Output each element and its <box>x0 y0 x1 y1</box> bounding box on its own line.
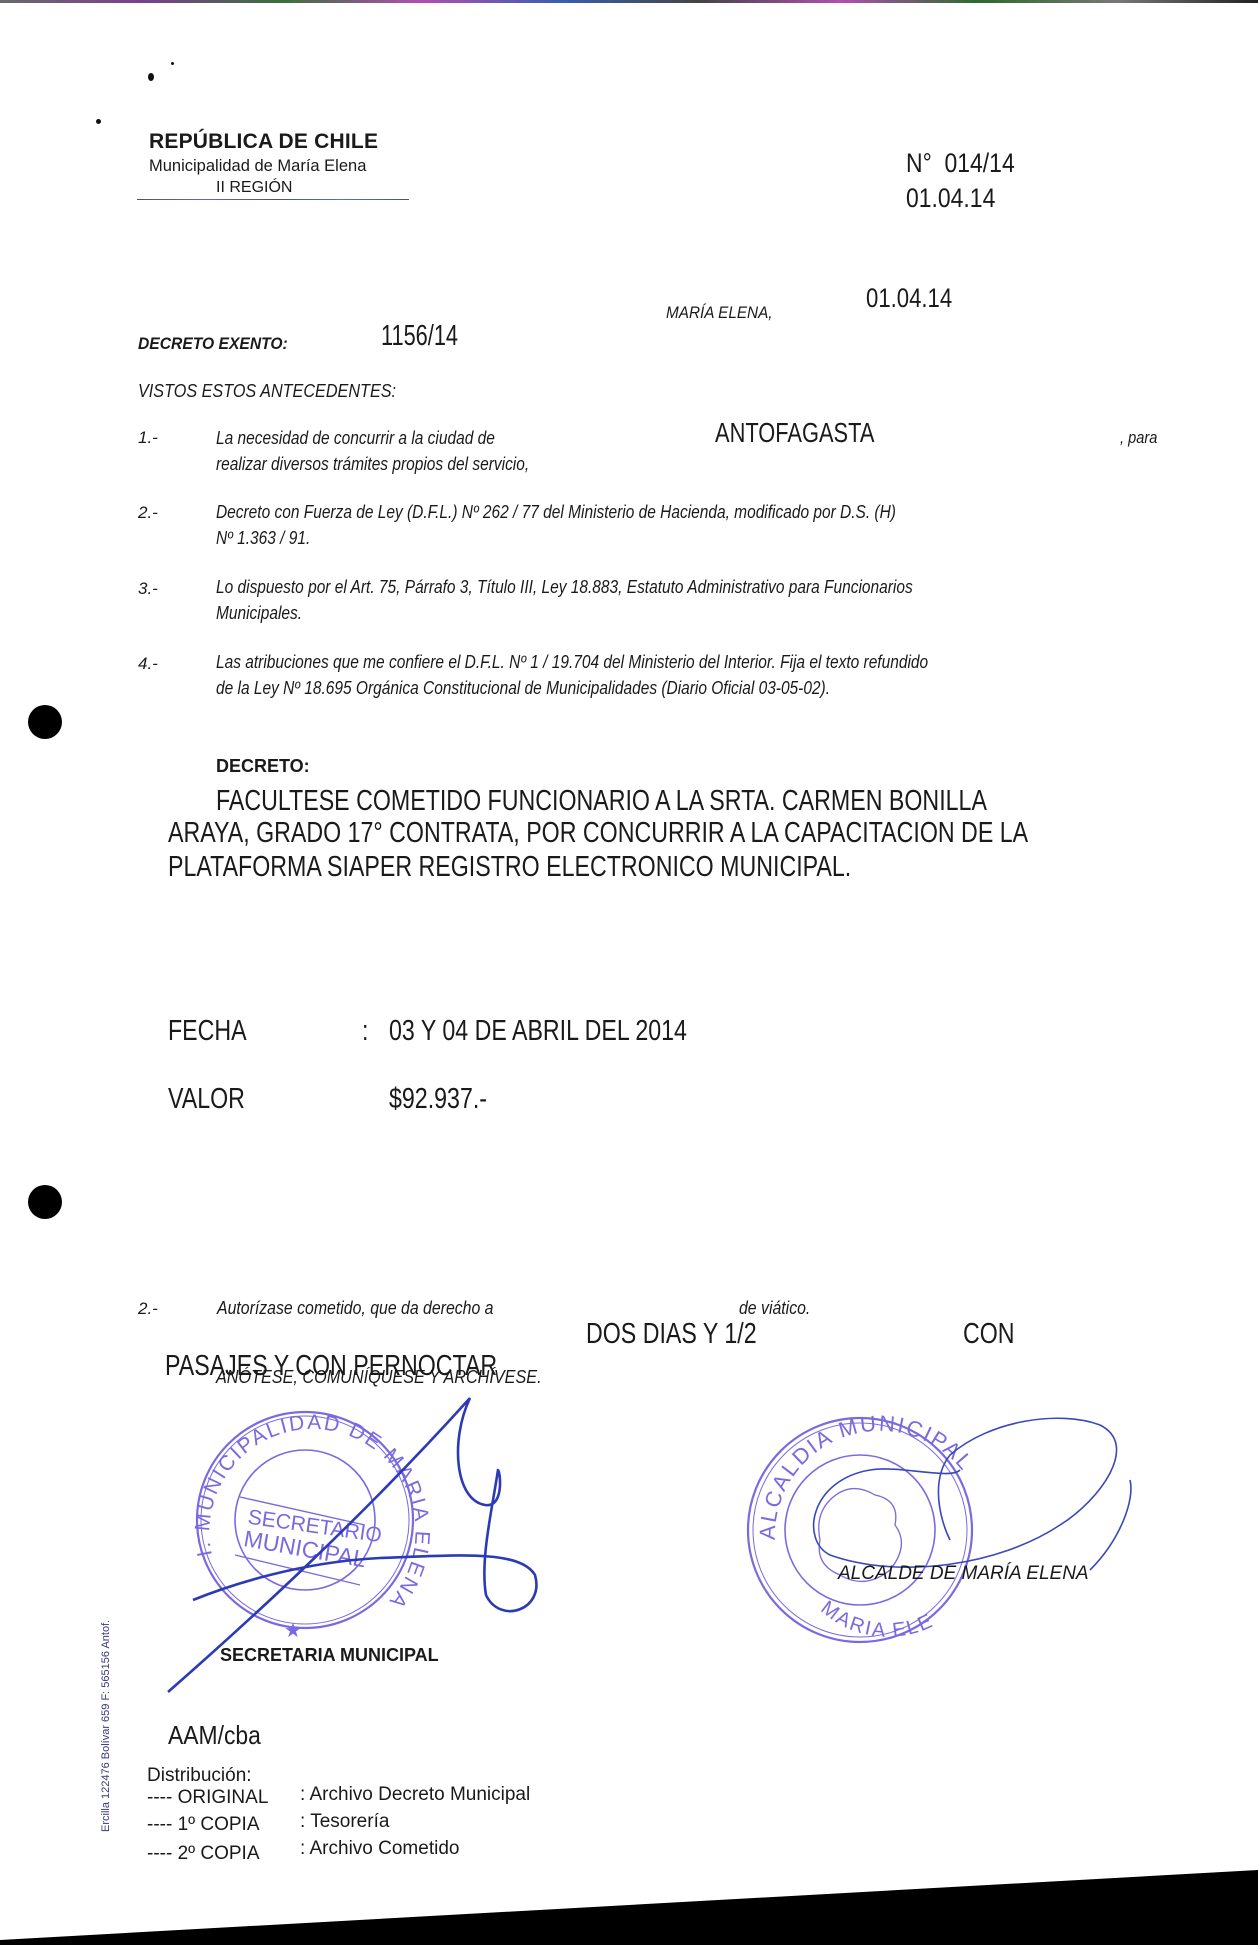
fecha-label: FECHA <box>168 1015 247 1048</box>
valor-value: $92.937.- <box>389 1083 487 1116</box>
initials: AAM/cba <box>168 1720 261 1751</box>
destination-city: ANTOFAGASTA <box>715 417 874 449</box>
distribution-heading: Distribución: <box>147 1765 252 1787</box>
item-number: 1.- <box>138 428 158 448</box>
fecha-separator: : <box>362 1015 368 1048</box>
distribution-copy: ---- 1º COPIA <box>147 1814 260 1836</box>
place: MARÍA ELENA, <box>666 303 773 323</box>
item-line: realizar diversos trámites propios del s… <box>216 454 529 475</box>
number-value: 014/14 <box>945 148 1015 178</box>
resolution-line: ARAYA, GRADO 17° CONTRATA, POR CONCURRIR… <box>168 817 1028 850</box>
item-line: Municipales. <box>216 603 302 624</box>
region-name: II REGIÓN <box>216 179 292 197</box>
punch-hole <box>28 705 62 739</box>
viatico-text: de viático. <box>739 1298 810 1319</box>
secretary-stamp <box>197 1412 413 1628</box>
document-number: N° 014/14 <box>906 148 1015 179</box>
svg-text:★: ★ <box>284 1618 302 1642</box>
resolution-heading: DECRETO: <box>216 756 310 777</box>
item-line: Nº 1.363 / 91. <box>216 528 310 549</box>
scan-shadow <box>0 1840 1258 1945</box>
punch-hole <box>28 1185 62 1219</box>
valor-label: VALOR <box>168 1083 245 1116</box>
distribution-dest: : Tesorería <box>300 1811 389 1833</box>
item-line: La necesidad de concurrir a la ciudad de <box>216 428 495 449</box>
secretary-stamp-outer-text: I. MUNICIPALIDAD DE MARIA ELENA <box>191 1411 434 1614</box>
scan-speck <box>148 73 154 81</box>
distribution-copy: ---- ORIGINAL <box>147 1787 268 1809</box>
item-number: 4.- <box>138 654 158 674</box>
item-line: Las atribuciones que me confiere el D.F.… <box>216 652 928 673</box>
header-rule <box>137 199 409 200</box>
viatico-con: CON <box>963 1318 1015 1351</box>
item-number: 3.- <box>138 579 158 599</box>
mayor-stamp-outer-text: ALCALDIA MUNICIPAL <box>755 1411 979 1541</box>
mayor-stamp <box>748 1418 972 1642</box>
scan-speck <box>96 119 101 124</box>
distribution-dest: : Archivo Decreto Municipal <box>300 1784 530 1806</box>
country-heading: REPÚBLICA DE CHILE <box>149 130 378 154</box>
item-line: de la Ley Nº 18.695 Orgánica Constitucio… <box>216 678 830 699</box>
scan-speck <box>171 62 174 65</box>
fecha-value: 03 Y 04 DE ABRIL DEL 2014 <box>389 1015 687 1048</box>
scan-edge <box>0 0 1258 3</box>
vistos-heading: VISTOS ESTOS ANTECEDENTES: <box>138 381 396 402</box>
decree-number: 1156/14 <box>381 320 458 353</box>
number-label: N° <box>906 148 932 178</box>
item-line: Lo dispuesto por el Art. 75, Párrafo 3, … <box>216 577 913 598</box>
mayor-signature <box>814 1418 1131 1570</box>
viatico-days: DOS DIAS Y 1/2 <box>586 1318 757 1351</box>
municipality-name: Municipalidad de María Elena <box>149 157 366 176</box>
authorization-text: Autorízase cometido, que da derecho a <box>217 1298 493 1319</box>
authorization-number: 2.- <box>138 1299 158 1319</box>
item-number: 2.- <box>138 503 158 523</box>
mayor-title: ALCALDE DE MARÍA ELENA <box>838 1563 1089 1585</box>
printer-note: Ercilla 122476 Bolívar 659 F: 565156 Ant… <box>100 1620 112 1832</box>
closing-formula: ANÓTESE, COMUNÍQUESE Y ARCHÍVESE. <box>216 1367 542 1388</box>
resolution-line: FACULTESE COMETIDO FUNCIONARIO A LA SRTA… <box>216 785 987 818</box>
svg-text:SECRETARIO: SECRETARIO <box>246 1506 383 1548</box>
stamps-and-signatures: I. MUNICIPALIDAD DE MARIA ELENA SECRETAR… <box>0 0 1258 1945</box>
svg-text:MUNICIPAL: MUNICIPAL <box>242 1525 368 1572</box>
secretary-title: SECRETARIA MUNICIPAL <box>220 1645 439 1666</box>
item-line: Decreto con Fuerza de Ley (D.F.L.) Nº 26… <box>216 502 896 523</box>
document-number-date: 01.04.14 <box>906 183 995 214</box>
item-suffix: , para <box>1120 428 1157 448</box>
resolution-line: PLATAFORMA SIAPER REGISTRO ELECTRONICO M… <box>168 851 851 884</box>
decree-type-label: DECRETO EXENTO: <box>138 334 288 354</box>
decree-date: 01.04.14 <box>866 283 952 314</box>
